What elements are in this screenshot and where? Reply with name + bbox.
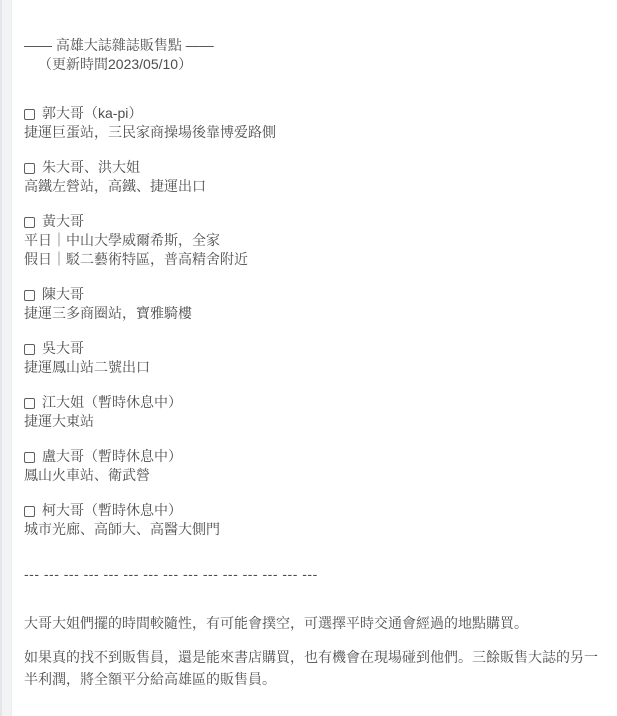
- vendor-list: 郭大哥（ka-pi） 捷運巨蛋站，三民家商操場後靠博爱路側 朱大哥、洪大姐 高鐵…: [24, 104, 599, 539]
- vendor-name: 盧大哥（暫時休息中）: [42, 447, 182, 466]
- vendor-location: 鳳山火車站、衛武營: [24, 466, 599, 485]
- vendor-name: 吳大哥: [42, 339, 84, 358]
- vendor-name: 陳大哥: [42, 285, 84, 304]
- vendor-name-line: 黃大哥: [24, 212, 599, 231]
- note-paragraph: 大哥大姐們擺的時間較隨性，有可能會撲空，可選擇平時交通會經過的地點購買。: [24, 612, 599, 634]
- vendor-location: 捷運大東站: [24, 412, 599, 431]
- checkbox-icon: [24, 163, 35, 174]
- vendor-entry: 陳大哥 捷運三多商圈站，寶雅騎樓: [24, 285, 599, 323]
- rail-edge: [0, 0, 2, 716]
- vendor-location: 捷運三多商圈站，寶雅騎樓: [24, 304, 599, 323]
- dashed-divider: --- --- --- --- --- --- --- --- --- --- …: [24, 565, 599, 584]
- title-block: —— 高雄大誌雜誌販售點 —— （更新時間2023/05/10）: [24, 36, 599, 74]
- vendor-entry: 柯大哥（暫時休息中） 城市光廊、高師大、高醫大側門: [24, 501, 599, 539]
- page-title: —— 高雄大誌雜誌販售點 ——: [24, 36, 599, 55]
- vendor-name: 江大姐（暫時休息中）: [42, 393, 182, 412]
- checkbox-icon: [24, 344, 35, 355]
- update-time: （更新時間2023/05/10）: [24, 55, 599, 74]
- checkbox-icon: [24, 452, 35, 463]
- vendor-name: 郭大哥（ka-pi）: [42, 104, 142, 123]
- vendor-name-line: 朱大哥、洪大姐: [24, 158, 599, 177]
- vendor-entry: 盧大哥（暫時休息中） 鳳山火車站、衛武營: [24, 447, 599, 485]
- note-paragraph: 如果真的找不到販售員，還是能來書店購買，也有機會在現場碰到他們。三餘販售大誌的另…: [24, 646, 599, 690]
- vendor-entry: 黃大哥 平日｜中山大學威爾希斯，全家 假日｜駁二藝術特區，普高精舍附近: [24, 212, 599, 269]
- vendor-name-line: 郭大哥（ka-pi）: [24, 104, 599, 123]
- checkbox-icon: [24, 217, 35, 228]
- vendor-location: 捷運鳳山站二號出口: [24, 358, 599, 377]
- checkbox-icon: [24, 290, 35, 301]
- vendor-location: 高鐵左營站，高鐵、捷運出口: [24, 177, 599, 196]
- vendor-entry: 江大姐（暫時休息中） 捷運大東站: [24, 393, 599, 431]
- checkbox-icon: [24, 109, 35, 120]
- vendor-entry: 郭大哥（ka-pi） 捷運巨蛋站，三民家商操場後靠博爱路側: [24, 104, 599, 142]
- vendor-name: 朱大哥、洪大姐: [42, 158, 140, 177]
- vendor-name-line: 江大姐（暫時休息中）: [24, 393, 599, 412]
- vendor-location: 假日｜駁二藝術特區，普高精舍附近: [24, 250, 599, 269]
- vendor-entry: 朱大哥、洪大姐 高鐵左營站，高鐵、捷運出口: [24, 158, 599, 196]
- vendor-location: 平日｜中山大學威爾希斯，全家: [24, 231, 599, 250]
- vendor-name: 黃大哥: [42, 212, 84, 231]
- left-rail: [0, 0, 12, 716]
- checkbox-icon: [24, 398, 35, 409]
- checkbox-icon: [24, 506, 35, 517]
- vendor-entry: 吳大哥 捷運鳳山站二號出口: [24, 339, 599, 377]
- vendor-name: 柯大哥（暫時休息中）: [42, 501, 182, 520]
- page: —— 高雄大誌雜誌販售點 —— （更新時間2023/05/10） 郭大哥（ka-…: [0, 0, 617, 716]
- vendor-location: 捷運巨蛋站，三民家商操場後靠博爱路側: [24, 123, 599, 142]
- vendor-location: 城市光廊、高師大、高醫大側門: [24, 520, 599, 539]
- vendor-name-line: 盧大哥（暫時休息中）: [24, 447, 599, 466]
- vendor-name-line: 陳大哥: [24, 285, 599, 304]
- content: —— 高雄大誌雜誌販售點 —— （更新時間2023/05/10） 郭大哥（ka-…: [12, 0, 617, 716]
- vendor-name-line: 吳大哥: [24, 339, 599, 358]
- vendor-name-line: 柯大哥（暫時休息中）: [24, 501, 599, 520]
